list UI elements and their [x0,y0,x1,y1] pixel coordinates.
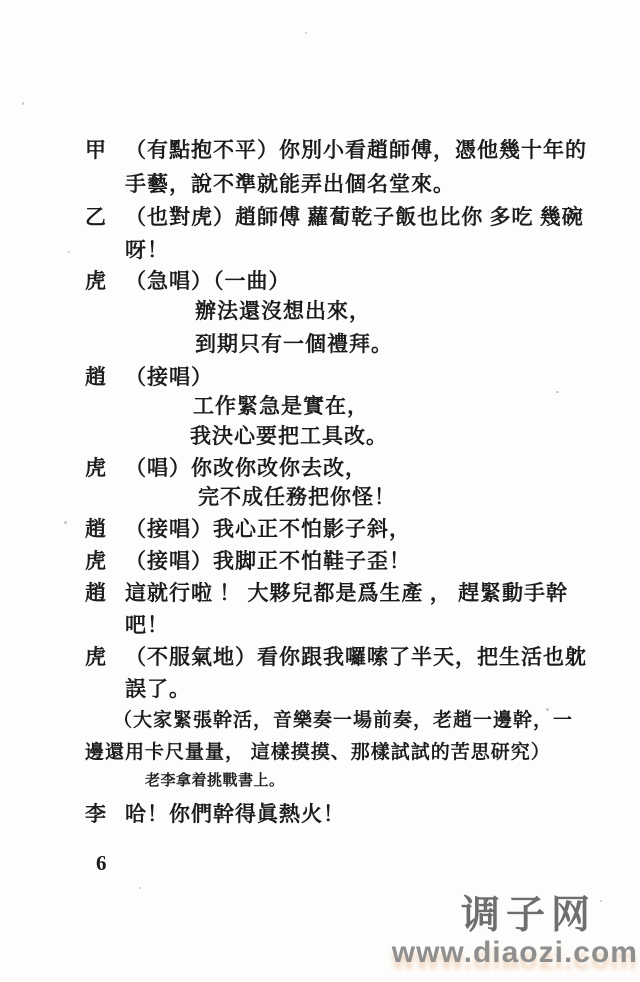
script-line: 完不成任務把你怪！ [198,485,396,509]
script-line: 乙 （也對虎）趙師傅 蘿蔔乾子飯也比你 多吃 幾碗 [125,205,584,229]
line-text: 誤了。 [125,677,191,701]
line-text: （唱）你改你改你去改， [125,456,367,480]
line-text: 哈！你們幹得眞熱火！ [125,802,345,826]
line-text: （急唱）（一曲） [125,269,291,293]
script-line: 趙 （接唱） [125,365,213,389]
script-line: 我決心要把工具改。 [190,424,388,448]
speaker-label: 虎 [85,645,125,669]
line-text: （也對虎）趙師傅 蘿蔔乾子飯也比你 多吃 幾碗 [125,205,584,229]
script-line: 甲 （有點抱不平）你別小看趙師傅，憑他幾十年的 [125,138,587,162]
line-text: （接唱）我脚正不怕鞋子歪！ [125,549,411,573]
line-text: 吧！ [125,613,169,637]
paper-speck [305,32,307,34]
paper-speck [600,900,602,902]
line-text: 手藝，說不準就能弄出個名堂來。 [125,172,455,196]
paper-speck [139,887,141,889]
speaker-label: 趙 [85,517,125,541]
script-line: 虎 （急唱）（一曲） [125,269,291,293]
lyric-text: 我決心要把工具改。 [190,424,388,448]
script-line: 到期只有一個禮拜。 [195,332,393,356]
script-line: 工作緊急是實在， [193,394,369,418]
lyric-text: 到期只有一個禮拜。 [195,332,393,356]
script-line: 虎 （接唱）我脚正不怕鞋子歪！ [125,549,411,573]
speaker-label: 趙 [85,581,125,605]
paper-speck [546,708,549,711]
script-line: 吧！ [125,613,169,637]
script-line: 李 哈！你們幹得眞熱火！ [125,802,345,826]
line-text: （接唱）我心正不怕影子斜， [125,517,411,541]
watermark: 调子网 www.diaozi.com [390,896,640,968]
stage-note-text: 老李拿着挑戰書上。 [145,773,285,789]
line-text: （不服氣地）看你跟我囉嗦了半天，把生活也躭 [125,645,587,669]
script-line: 辦法還沒想出來， [195,299,371,323]
watermark-site-url: www.diaozi.com [390,938,638,968]
line-text: 呀！ [125,238,169,262]
paper-speck [22,102,24,105]
paper-speck [556,391,559,393]
script-line: 呀！ [125,238,169,262]
speaker-label: 甲 [85,138,125,162]
paper-speck [64,521,67,524]
script-line: 趙 （接唱）我心正不怕影子斜， [125,517,411,541]
line-text: （有點抱不平）你別小看趙師傅，憑他幾十年的 [125,138,587,162]
stage-direction-text: （大家緊張幹活，音樂奏一場前奏，老趙一邊幹，一 [113,710,573,731]
paper-speck [68,251,70,253]
script-line: 虎 （唱）你改你改你去改， [125,456,367,480]
stage-direction: （大家緊張幹活，音樂奏一場前奏，老趙一邊幹，一 [113,710,573,732]
watermark-site-name: 调子网 [390,896,596,935]
scanned-script-page: 甲 （有點抱不平）你別小看趙師傅，憑他幾十年的 手藝，說不準就能弄出個名堂來。 … [0,0,640,982]
speaker-label: 李 [85,802,125,826]
speaker-label: 虎 [85,456,125,480]
speaker-label: 虎 [85,549,125,573]
lyric-text: 辦法還沒想出來， [195,299,371,323]
lyric-text: 工作緊急是實在， [193,394,369,418]
script-line: 手藝，說不準就能弄出個名堂來。 [125,172,455,196]
line-text: 這就行啦 ！ 大夥兒都是爲生產 ， 趕緊動手幹 [125,581,568,605]
stage-note: 老李拿着挑戰書上。 [145,773,285,790]
speaker-label: 虎 [85,269,125,293]
stage-direction-text: 邊還用卡尺量量， 這樣摸摸、那樣試試的苦思研究） [85,742,551,763]
stage-direction: 邊還用卡尺量量， 這樣摸摸、那樣試試的苦思研究） [85,742,551,764]
line-text: （接唱） [125,365,213,389]
lyric-text: 完不成任務把你怪！ [198,485,396,509]
script-line: 趙 這就行啦 ！ 大夥兒都是爲生產 ， 趕緊動手幹 [125,581,568,605]
speaker-label: 乙 [85,205,125,229]
speaker-label: 趙 [85,365,125,389]
page-number: 6 [96,851,107,876]
script-line: 虎 （不服氣地）看你跟我囉嗦了半天，把生活也躭 [125,645,587,669]
script-line: 誤了。 [125,677,191,701]
